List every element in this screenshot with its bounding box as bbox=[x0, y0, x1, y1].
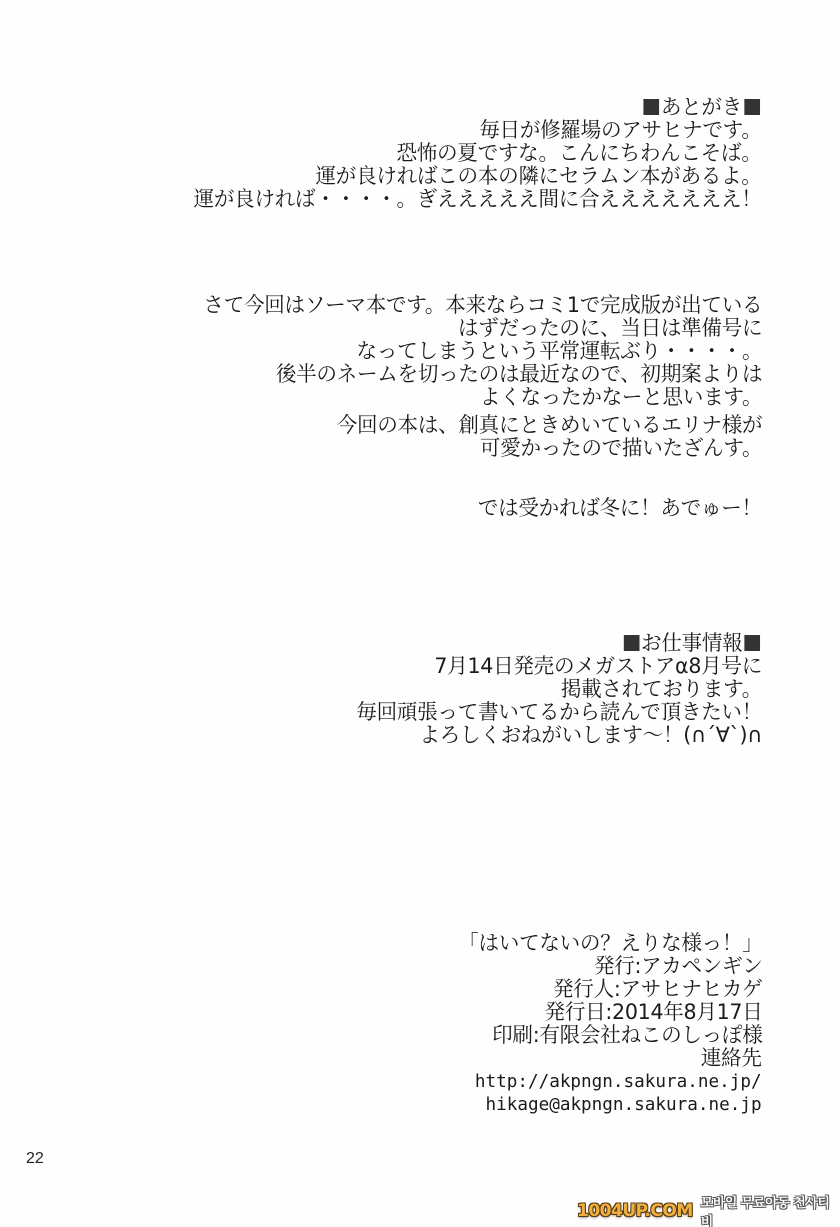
work-info-line: 毎回頑張って書いてるから読んで頂きたい！ bbox=[356, 701, 762, 724]
story-line: さて今回はソーマ本です。本来ならコミ1で完成版が出ている bbox=[203, 294, 762, 317]
contact-section: 連絡先 http://akpngn.sakura.ne.jp/ hikage@a… bbox=[469, 1047, 762, 1116]
afterword-line: 運が良ければこの本の隣にセラムン本があるよ。 bbox=[194, 165, 762, 188]
afterword-section: あとがき 毎日が修羅場のアサヒナです。 恐怖の夏ですな。こんにちわんこそば。 運… bbox=[182, 96, 762, 211]
contact-url[interactable]: http://akpngn.sakura.ne.jp/ bbox=[475, 1070, 762, 1093]
printer: 印刷:有限会社ねこのしっぽ様 bbox=[458, 1024, 762, 1047]
contact-email[interactable]: hikage@akpngn.sakura.ne.jp bbox=[475, 1093, 762, 1116]
erina-line: 今回の本は、創真にときめいているエリナ様が bbox=[336, 414, 762, 437]
publish-date: 発行日:2014年8月17日 bbox=[458, 1001, 762, 1024]
square-bullet-icon bbox=[744, 635, 760, 651]
work-info-heading-text: お仕事情報 bbox=[641, 631, 742, 655]
watermark[interactable]: 1004UP.COM 모바일 무료야동 천사티비 bbox=[577, 1199, 840, 1223]
book-title: 「はいてないの？えりな様っ！」 bbox=[458, 932, 762, 955]
erina-line: 可愛かったので描いたざんす。 bbox=[336, 437, 762, 460]
work-info-heading: お仕事情報 bbox=[356, 632, 762, 655]
contact-label: 連絡先 bbox=[475, 1047, 762, 1070]
colophon: 「はいてないの？えりな様っ！」 発行:アカペンギン 発行人:アサヒナヒカゲ 発行… bbox=[452, 932, 763, 1047]
story-line: 後半のネームを切ったのは最近なので、初期案よりは bbox=[203, 363, 762, 386]
closing-paragraph: では受かれば冬に！あでゅー！ bbox=[472, 497, 762, 520]
square-bullet-icon bbox=[744, 99, 760, 115]
page-number: 22 bbox=[26, 1150, 44, 1168]
work-info-line: 7月14日発売のメガストアα8月号に bbox=[356, 655, 762, 678]
afterword-line: 恐怖の夏ですな。こんにちわんこそば。 bbox=[194, 142, 762, 165]
afterword-heading-text: あとがき bbox=[661, 95, 742, 119]
closing-line: では受かれば冬に！あでゅー！ bbox=[478, 497, 762, 520]
publisher: 発行:アカペンギン bbox=[458, 955, 762, 978]
afterword-line: 運が良ければ・・・・。ぎえええええ間に合えええええええ！ bbox=[194, 188, 762, 211]
afterword-heading: あとがき bbox=[194, 96, 762, 119]
afterword-line: 毎日が修羅場のアサヒナです。 bbox=[194, 119, 762, 142]
work-info-section: お仕事情報 7月14日発売のメガストアα8月号に 掲載されております。 毎回頑張… bbox=[348, 632, 762, 747]
story-line: はずだったのに、当日は準備号に bbox=[203, 317, 762, 340]
erina-paragraph: 今回の本は、創真にときめいているエリナ様が 可愛かったので描いたざんす。 bbox=[328, 414, 762, 460]
watermark-tagline: 모바일 무료야동 천사티비 bbox=[701, 1192, 840, 1227]
square-bullet-icon bbox=[623, 635, 639, 651]
watermark-logo[interactable]: 1004UP.COM bbox=[577, 1201, 693, 1221]
story-line: よくなったかなーと思います。 bbox=[203, 386, 762, 409]
story-line: なってしまうという平常運転ぶり・・・・。 bbox=[203, 340, 762, 363]
author: 発行人:アサヒナヒカゲ bbox=[458, 978, 762, 1001]
square-bullet-icon bbox=[644, 99, 660, 115]
work-info-line: 掲載されております。 bbox=[356, 678, 762, 701]
story-paragraph: さて今回はソーマ本です。本来ならコミ1で完成版が出ている はずだったのに、当日は… bbox=[192, 294, 762, 409]
work-info-line: よろしくおねがいします～！(∩´∀`)∩ bbox=[356, 724, 762, 747]
